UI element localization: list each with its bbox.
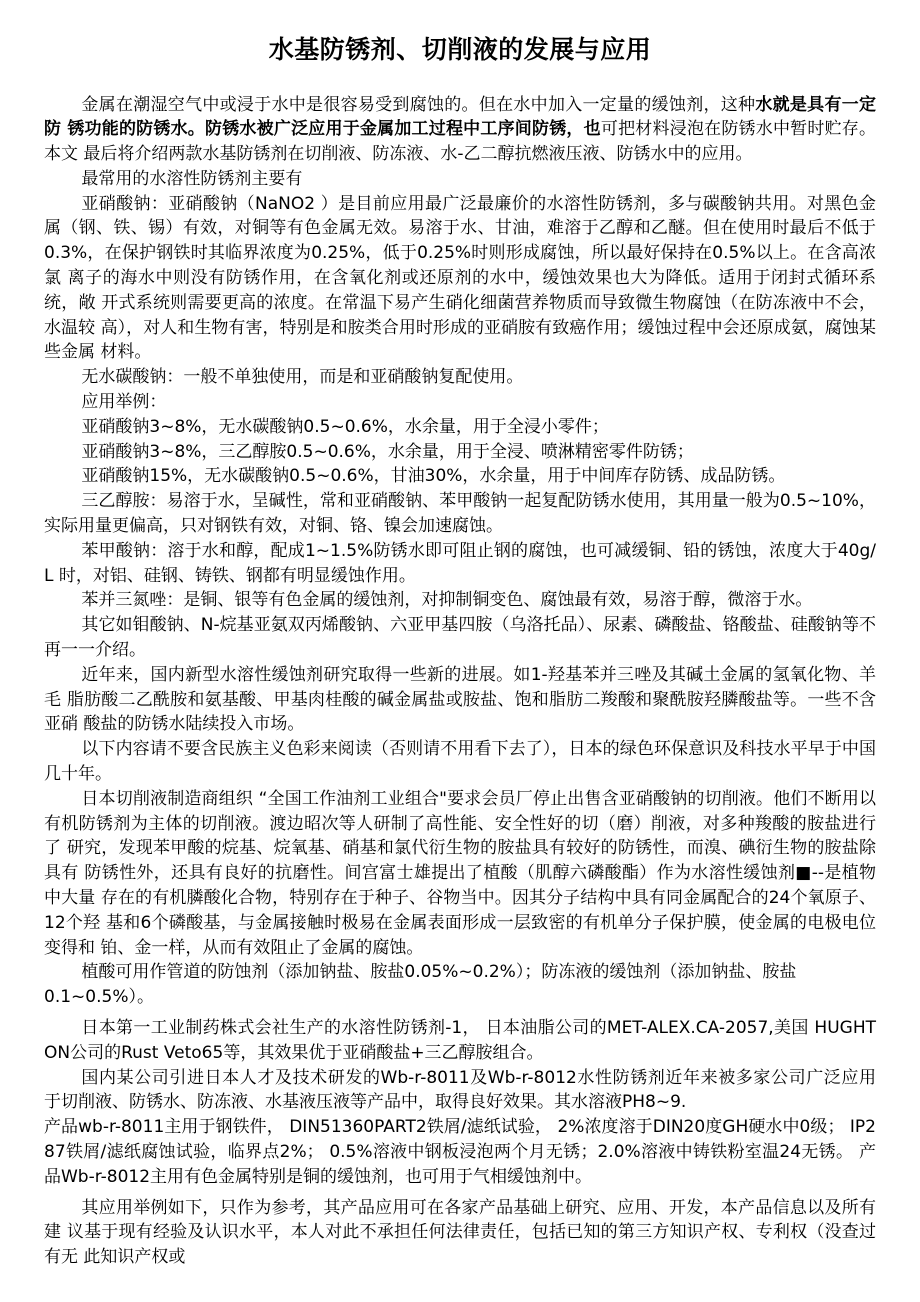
paragraph-triethanolamine: 三乙醇胺：易溶于水，呈碱性，常和亚硝酸钠、苯甲酸钠一起复配防锈水使用，其用量一般… — [44, 489, 876, 539]
paragraph-phytic-acid-usage: 植酸可用作管道的防蚀剂（添加钠盐、胺盐0.05%~0.2%）；防冻液的缓蚀剂（添… — [44, 960, 876, 1010]
text-run: 最常用的水溶性防锈剂主要有 — [81, 169, 302, 189]
paragraph-other-inhibitors: 其它如钼酸钠、N-烷基亚氨双丙烯酸钠、六亚甲基四胺（乌洛托品）、尿素、磷酸盐、铬… — [44, 613, 876, 663]
text-run: 植酸可用作管道的防蚀剂（添加钠盐、胺盐0.05%~0.2%）；防冻液的缓蚀剂（添… — [44, 962, 796, 1007]
paragraph-product-wbr8011: 产品wb-r-8011主用于钢铁件， DIN51360PART2铁屑/滤纸试验，… — [44, 1115, 876, 1189]
paragraph-japan-products: 日本第一工业制药株式会社生产的水溶性防锈剂-1， 日本油脂公司的MET-ALEX… — [44, 1016, 876, 1066]
text-run: 金属在潮湿空气中或浸于水中是很容易受到腐蚀的。但在水中加入一定量的缓蚀剂，这种 — [81, 95, 755, 115]
text-run: 苯并三氮唑：是铜、银等有色金属的缓蚀剂，对抑制铜变色、腐蚀最有效，易溶于醇，微溶… — [81, 590, 812, 610]
text-run: 其它如钼酸钠、N-烷基亚氨双丙烯酸钠、六亚甲基四胺（乌洛托品）、尿素、磷酸盐、铬… — [44, 615, 881, 660]
paragraph-application-examples-heading: 应用举例： — [44, 390, 876, 415]
paragraph-example-1: 亚硝酸钠3~8%，无水碳酸钠0.5~0.6%，水余量，用于全浸小零件； — [44, 415, 876, 440]
document-title: 水基防锈剂、切削液的发展与应用 — [44, 34, 876, 67]
text-run: 近年来，国内新型水溶性缓蚀剂研究取得一些新的进展。如1-羟基苯并三唑及其碱土金属… — [44, 665, 876, 735]
text-run: 其应用举例如下，只作为参考，其产品应用可在各家产品基础上研究、应用、开发，本产品… — [44, 1198, 876, 1268]
text-run: 三乙醇胺：易溶于水，呈碱性，常和亚硝酸钠、苯甲酸钠一起复配防锈水使用，其用量一般… — [44, 491, 881, 536]
text-run: 应用举例： — [81, 392, 166, 412]
text-run: 亚硝酸钠：亚硝酸钠（NaNO2 ）是目前应用最广泛最廉价的水溶性防锈剂，多与碳酸… — [44, 194, 881, 363]
text-run: 亚硝酸钠15%，无水碳酸钠0.5~0.6%，甘油30%，水余量，用于中间库存防锈… — [81, 466, 785, 486]
document-page: 水基防锈剂、切削液的发展与应用 金属在潮湿空气中或浸于水中是很容易受到腐蚀的。但… — [0, 0, 920, 1302]
paragraph-japan-cutting-fluid: 日本切削液制造商组织 “全国工作油剂工业组合"要求会员厂停止出售含亚硝酸钠的切削… — [44, 787, 876, 961]
text-run: 日本第一工业制药株式会社生产的水溶性防锈剂-1， 日本油脂公司的MET-ALEX… — [44, 1018, 876, 1063]
paragraph-intro: 金属在潮湿空气中或浸于水中是很容易受到腐蚀的。但在水中加入一定量的缓蚀剂，这种水… — [44, 93, 876, 167]
text-run: 以下内容请不要含民族主义色彩来阅读（否则请不用看下去了），日本的绿色环保意识及科… — [44, 739, 881, 784]
text-run: 亚硝酸钠3~8%，无水碳酸钠0.5~0.6%，水余量，用于全浸小零件； — [81, 417, 609, 437]
text-run: 日本切削液制造商组织 “全国工作油剂工业组合"要求会员厂停止出售含亚硝酸钠的切削… — [44, 789, 881, 958]
paragraph-sodium-benzoate: 苯甲酸钠：溶于水和醇，配成1~1.5%防锈水即可阻止钢的腐蚀，也可减缓铜、铅的锈… — [44, 539, 876, 589]
paragraph-common-inhibitors-heading: 最常用的水溶性防锈剂主要有 — [44, 167, 876, 192]
paragraph-recent-progress: 近年来，国内新型水溶性缓蚀剂研究取得一些新的进展。如1-羟基苯并三唑及其碱土金属… — [44, 663, 876, 737]
text-run: 亚硝酸钠3~8%，三乙醇胺0.5~0.6%，水余量，用于全浸、喷淋精密零件防锈； — [81, 442, 694, 462]
paragraph-reader-note: 以下内容请不要含民族主义色彩来阅读（否则请不用看下去了），日本的绿色环保意识及科… — [44, 737, 876, 787]
paragraph-sodium-nitrite: 亚硝酸钠：亚硝酸钠（NaNO2 ）是目前应用最广泛最廉价的水溶性防锈剂，多与碳酸… — [44, 192, 876, 366]
text-run: 国内某公司引进日本人才及技术研发的Wb-r-8011及Wb-r-8012水性防锈… — [44, 1068, 881, 1113]
text-run: 产品wb-r-8011主用于钢铁件， DIN51360PART2铁屑/滤纸试验，… — [44, 1117, 876, 1187]
paragraph-domestic-products: 国内某公司引进日本人才及技术研发的Wb-r-8011及Wb-r-8012水性防锈… — [44, 1066, 876, 1116]
text-run: 无水碳酸钠：一般不单独使用，而是和亚硝酸钠复配使用。 — [81, 367, 523, 387]
paragraph-example-2: 亚硝酸钠3~8%，三乙醇胺0.5~0.6%，水余量，用于全浸、喷淋精密零件防锈； — [44, 440, 876, 465]
paragraph-example-3: 亚硝酸钠15%，无水碳酸钠0.5~0.6%，甘油30%，水余量，用于中间库存防锈… — [44, 464, 876, 489]
paragraph-disclaimer: 其应用举例如下，只作为参考，其产品应用可在各家产品基础上研究、应用、开发，本产品… — [44, 1196, 876, 1270]
paragraph-sodium-carbonate: 无水碳酸钠：一般不单独使用，而是和亚硝酸钠复配使用。 — [44, 365, 876, 390]
text-run: 苯甲酸钠：溶于水和醇，配成1~1.5%防锈水即可阻止钢的腐蚀，也可减缓铜、铅的锈… — [44, 541, 876, 586]
paragraph-benzotriazole: 苯并三氮唑：是铜、银等有色金属的缓蚀剂，对抑制铜变色、腐蚀最有效，易溶于醇，微溶… — [44, 588, 876, 613]
